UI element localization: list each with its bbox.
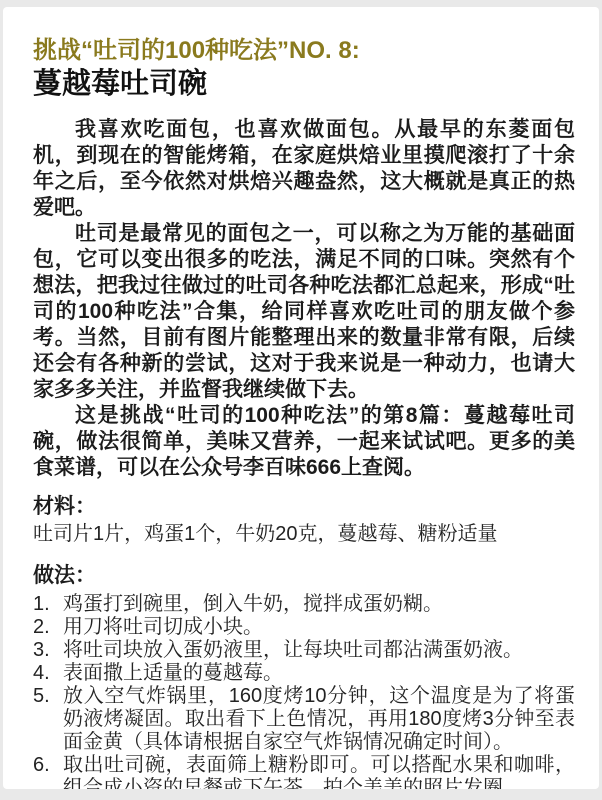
step-number: 4. bbox=[33, 662, 63, 685]
step-number: 3. bbox=[33, 639, 63, 662]
method-step: 2. 用刀将吐司切成小块。 bbox=[33, 616, 575, 639]
method-step: 5. 放入空气炸锅里，160度烤10分钟，这个温度是为了将蛋奶液烤凝固。取出看下… bbox=[33, 685, 575, 754]
step-number: 1. bbox=[33, 593, 63, 616]
method-step: 3. 将吐司块放入蛋奶液里，让每块吐司都沾满蛋奶液。 bbox=[33, 639, 575, 662]
intro-paragraph-3: 这是挑战“吐司的100种吃法”的第8篇：蔓越莓吐司碗，做法很简单，美味又营养，一… bbox=[33, 403, 575, 481]
step-text: 放入空气炸锅里，160度烤10分钟，这个温度是为了将蛋奶液烤凝固。取出看下上色情… bbox=[63, 685, 575, 754]
step-number: 5. bbox=[33, 685, 63, 754]
intro-section: 我喜欢吃面包，也喜欢做面包。从最早的东菱面包机，到现在的智能烤箱，在家庭烘焙业里… bbox=[33, 117, 575, 481]
intro-paragraph-2: 吐司是最常见的面包之一，可以称之为万能的基础面包，它可以变出很多的吃法，满足不同… bbox=[33, 221, 575, 403]
materials-text: 吐司片1片，鸡蛋1个，牛奶20克，蔓越莓、糖粉适量 bbox=[33, 522, 575, 546]
method-section: 做法： 1. 鸡蛋打到碗里，倒入牛奶，搅拌成蛋奶糊。 2. 用刀将吐司切成小块。… bbox=[33, 563, 575, 789]
method-step: 4. 表面撒上适量的蔓越莓。 bbox=[33, 662, 575, 685]
series-title: 挑战“吐司的100种吃法”NO. 8: bbox=[33, 35, 575, 66]
step-text: 鸡蛋打到碗里，倒入牛奶，搅拌成蛋奶糊。 bbox=[63, 593, 575, 616]
step-text: 取出吐司碗，表面筛上糖粉即可。可以搭配水果和咖啡，组合成小资的早餐或下午茶，拍个… bbox=[63, 754, 575, 789]
method-step: 6. 取出吐司碗，表面筛上糖粉即可。可以搭配水果和咖啡，组合成小资的早餐或下午茶… bbox=[33, 754, 575, 789]
document-page: 挑战“吐司的100种吃法”NO. 8: 蔓越莓吐司碗 我喜欢吃面包，也喜欢做面包… bbox=[3, 7, 599, 789]
step-text: 将吐司块放入蛋奶液里，让每块吐司都沾满蛋奶液。 bbox=[63, 639, 575, 662]
recipe-title: 蔓越莓吐司碗 bbox=[33, 66, 575, 103]
method-steps-list: 1. 鸡蛋打到碗里，倒入牛奶，搅拌成蛋奶糊。 2. 用刀将吐司切成小块。 3. … bbox=[33, 593, 575, 789]
recipe-document: { "header": { "series_title": "挑战“吐司的100… bbox=[0, 0, 602, 800]
step-number: 2. bbox=[33, 616, 63, 639]
step-text: 表面撒上适量的蔓越莓。 bbox=[63, 662, 575, 685]
step-number: 6. bbox=[33, 754, 63, 789]
method-step: 1. 鸡蛋打到碗里，倒入牛奶，搅拌成蛋奶糊。 bbox=[33, 593, 575, 616]
materials-heading: 材料： bbox=[33, 494, 575, 520]
intro-paragraph-1: 我喜欢吃面包，也喜欢做面包。从最早的东菱面包机，到现在的智能烤箱，在家庭烘焙业里… bbox=[33, 117, 575, 221]
method-heading: 做法： bbox=[33, 563, 575, 589]
materials-section: 材料： 吐司片1片，鸡蛋1个，牛奶20克，蔓越莓、糖粉适量 bbox=[33, 494, 575, 546]
step-text: 用刀将吐司切成小块。 bbox=[63, 616, 575, 639]
